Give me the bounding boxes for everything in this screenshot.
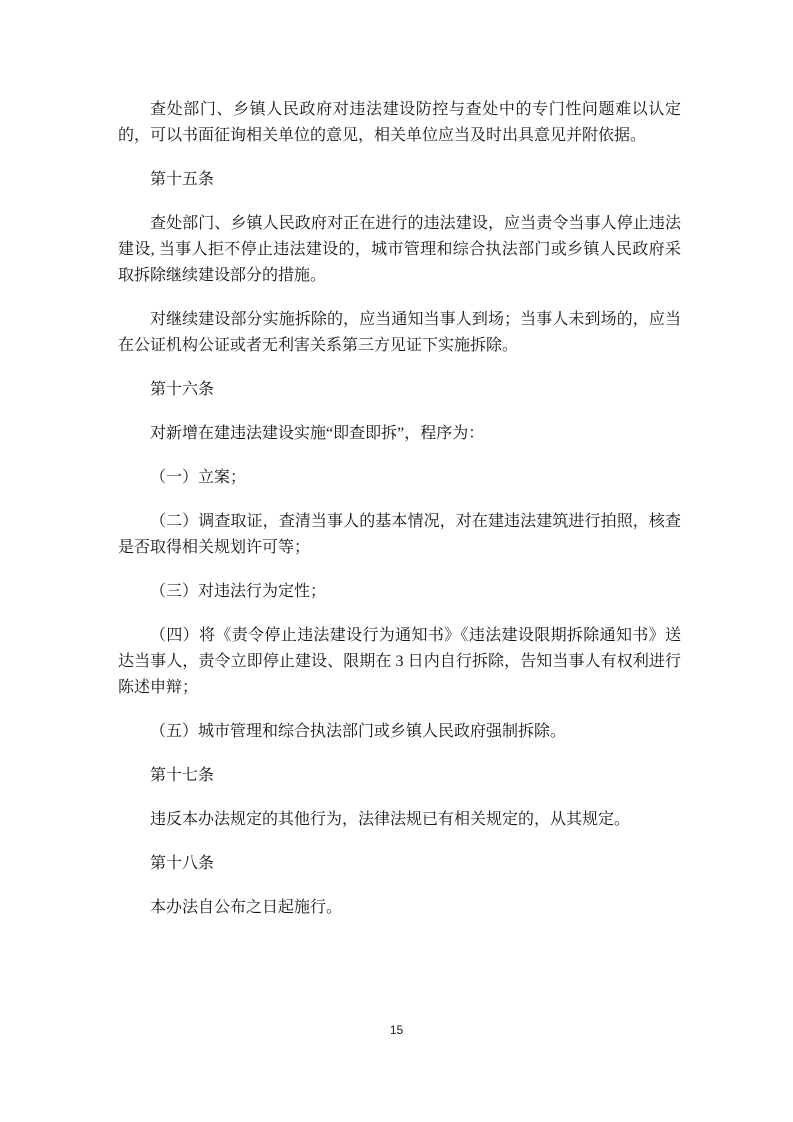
article-heading: 第十七条 — [118, 763, 681, 789]
paragraph: 查处部门、乡镇人民政府对正在进行的违法建设，应当责令当事人停止违法建设, 当事人… — [118, 211, 681, 289]
document-body: 查处部门、乡镇人民政府对违法建设防控与查处中的专门性问题难以认定的，可以书面征询… — [118, 97, 681, 939]
paragraph: 本办法自公布之日起施行。 — [118, 895, 681, 921]
paragraph: 违反本办法规定的其他行为，法律法规已有相关规定的，从其规定。 — [118, 807, 681, 833]
paragraph: 查处部门、乡镇人民政府对违法建设防控与查处中的专门性问题难以认定的，可以书面征询… — [118, 97, 681, 149]
page-footer: 15 — [0, 1021, 793, 1039]
list-item: （五）城市管理和综合执法部门或乡镇人民政府强制拆除。 — [118, 719, 681, 745]
list-item: （一）立案； — [118, 465, 681, 491]
article-heading: 第十六条 — [118, 377, 681, 403]
article-heading: 第十八条 — [118, 851, 681, 877]
article-heading: 第十五条 — [118, 167, 681, 193]
list-item: （三）对违法行为定性； — [118, 579, 681, 605]
list-item: （四）将《责令停止违法建设行为通知书》《违法建设限期拆除通知书》送达当事人，责令… — [118, 623, 681, 701]
document-page: 查处部门、乡镇人民政府对违法建设防控与查处中的专门性问题难以认定的，可以书面征询… — [0, 0, 793, 1122]
page-number: 15 — [390, 1023, 403, 1037]
list-item: （二）调查取证，查清当事人的基本情况，对在建违法建筑进行拍照，核查是否取得相关规… — [118, 509, 681, 561]
paragraph: 对新增在建违法建设实施“即查即拆”，程序为： — [118, 421, 681, 447]
paragraph: 对继续建设部分实施拆除的，应当通知当事人到场；当事人未到场的，应当在公证机构公证… — [118, 307, 681, 359]
